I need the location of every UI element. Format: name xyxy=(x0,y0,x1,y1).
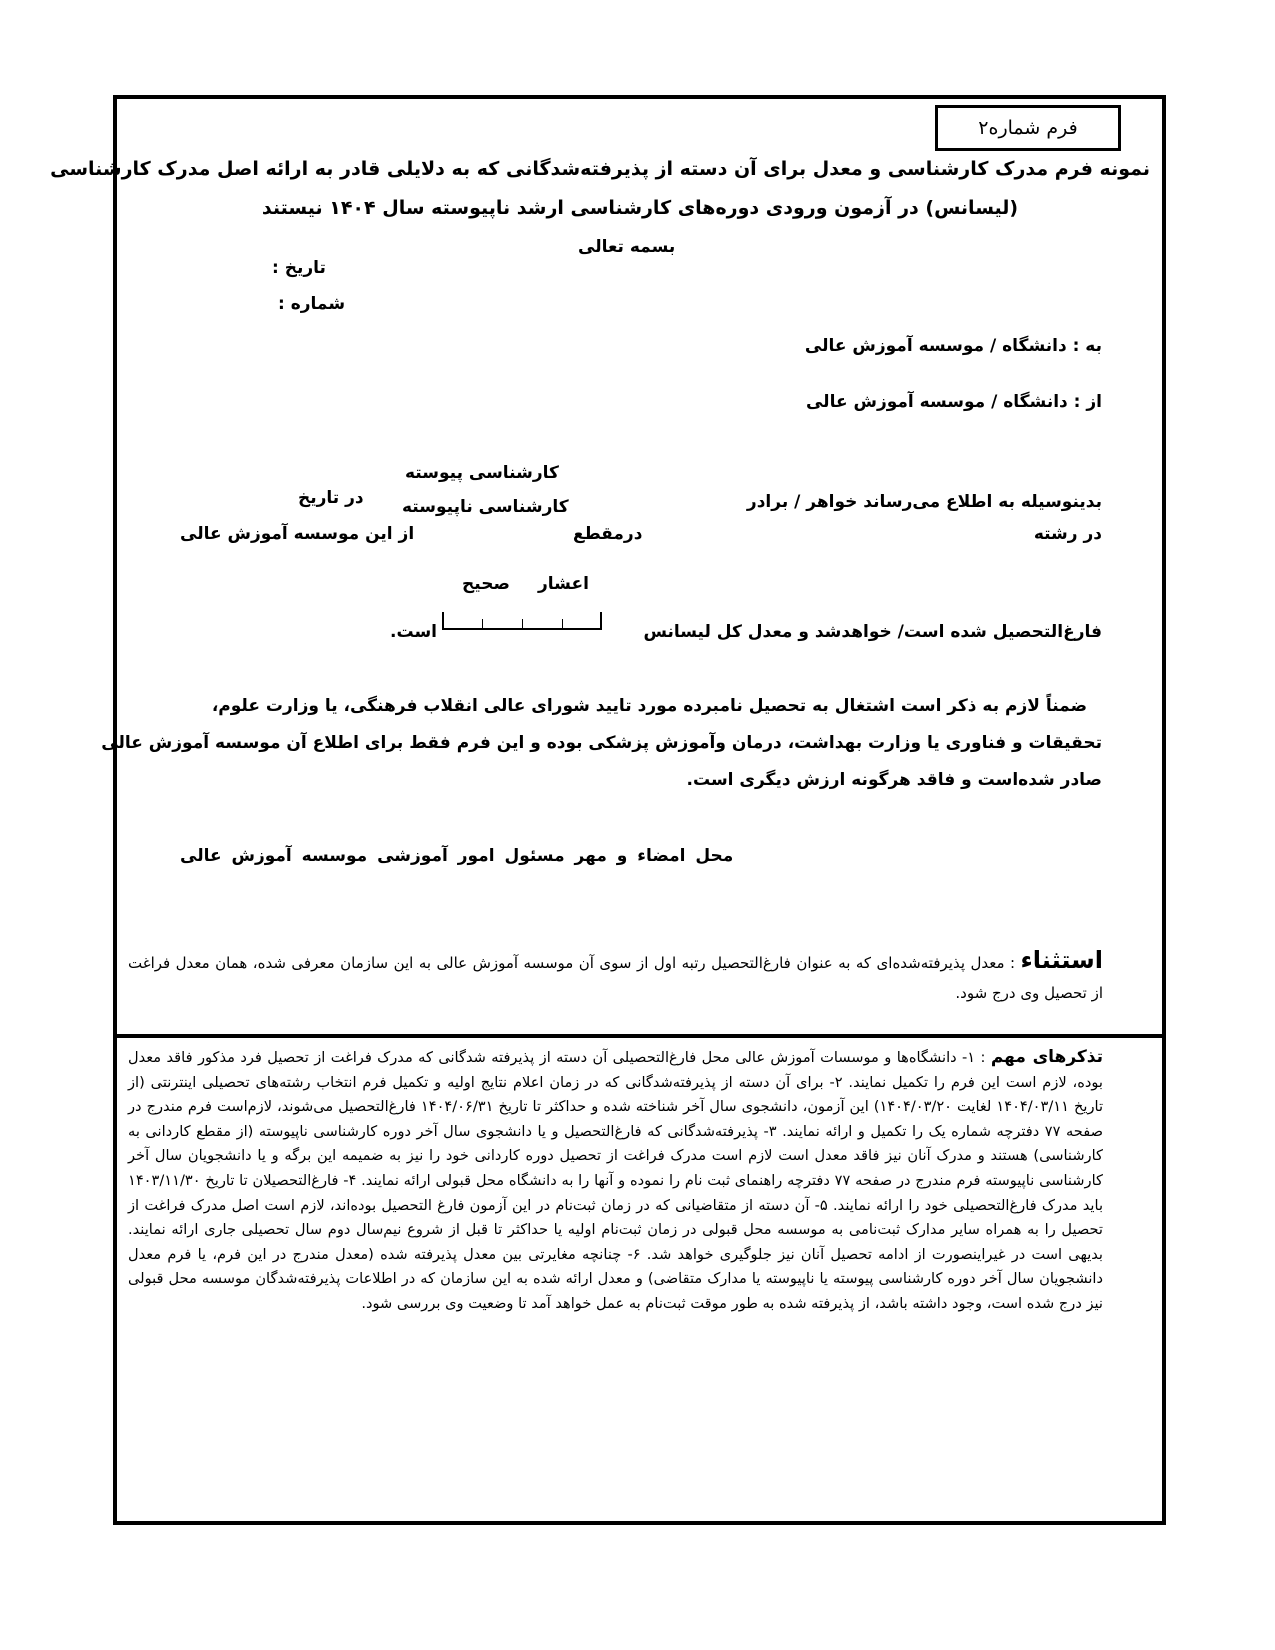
grade-integer-header: صحیح xyxy=(462,574,510,594)
number-label: شماره : xyxy=(278,294,345,314)
field-label: در رشته xyxy=(1034,524,1102,544)
grade-decimal-header: اعشار xyxy=(538,574,589,594)
notice-line-1: ضمناً لازم به ذکر است اشتغال به تحصیل نا… xyxy=(212,696,1087,716)
graduation-statement: فارغ‌التحصیل شده است/ خواهدشد و معدل کل … xyxy=(643,622,1102,642)
level-label: درمقطع xyxy=(573,524,642,544)
grade-suffix: است. xyxy=(390,622,437,642)
form-title-line-2: (لیسانس) در آزمون ورودی دوره‌های کارشناس… xyxy=(130,197,1150,219)
from-institution: از : دانشگاه / موسسه آموزش عالی xyxy=(806,392,1102,412)
level-option-continuous: کارشناسی پیوسته xyxy=(405,463,559,483)
to-institution: به : دانشگاه / موسسه آموزش عالی xyxy=(805,336,1102,356)
notes-text: : ۱- دانشگاه‌ها و موسسات آموزش عالی محل … xyxy=(128,1049,1103,1312)
exception-text: : معدل پذیرفته‌شده‌ای که به عنوان فارغ‌ا… xyxy=(128,954,1103,1002)
date-label: تاریخ : xyxy=(272,258,326,278)
section-divider xyxy=(113,1034,1166,1038)
form-number: فرم شماره۲ xyxy=(978,117,1077,139)
institution-label: از این موسسه آموزش عالی xyxy=(180,524,414,544)
signature-line: محل امضاء و مهر مسئول امور آموزشی موسسه … xyxy=(180,846,733,866)
grade-box-divider xyxy=(482,619,483,628)
level-option-discontinuous: کارشناسی ناپیوسته xyxy=(402,497,569,517)
important-notes: تذکرهای مهم : ۱- دانشگاه‌ها و موسسات آمو… xyxy=(128,1045,1103,1317)
intro-text: بدینوسیله به اطلاع می‌رساند خواهر / براد… xyxy=(747,492,1102,512)
notice-line-2: تحقیقات و فناوری یا وزارت بهداشت، درمان … xyxy=(101,733,1102,753)
grade-box-divider xyxy=(522,619,523,628)
notes-heading: تذکرهای مهم xyxy=(991,1047,1103,1067)
notice-line-3: صادر شده‌است و فاقد هرگونه ارزش دیگری اس… xyxy=(686,770,1102,790)
form-number-box: فرم شماره۲ xyxy=(935,105,1121,151)
exception-heading: استثناء xyxy=(1021,946,1104,974)
invocation: بسمه تعالی xyxy=(578,237,675,257)
grade-box-divider xyxy=(562,619,563,628)
graduation-date-label: در تاریخ xyxy=(298,488,364,508)
form-title-line-1: نمونه فرم مدرک کارشناسی و معدل برای آن د… xyxy=(130,158,1150,180)
exception-paragraph: استثناء : معدل پذیرفته‌شده‌ای که به عنوا… xyxy=(128,945,1103,1008)
grade-input-boxes[interactable] xyxy=(442,612,602,630)
